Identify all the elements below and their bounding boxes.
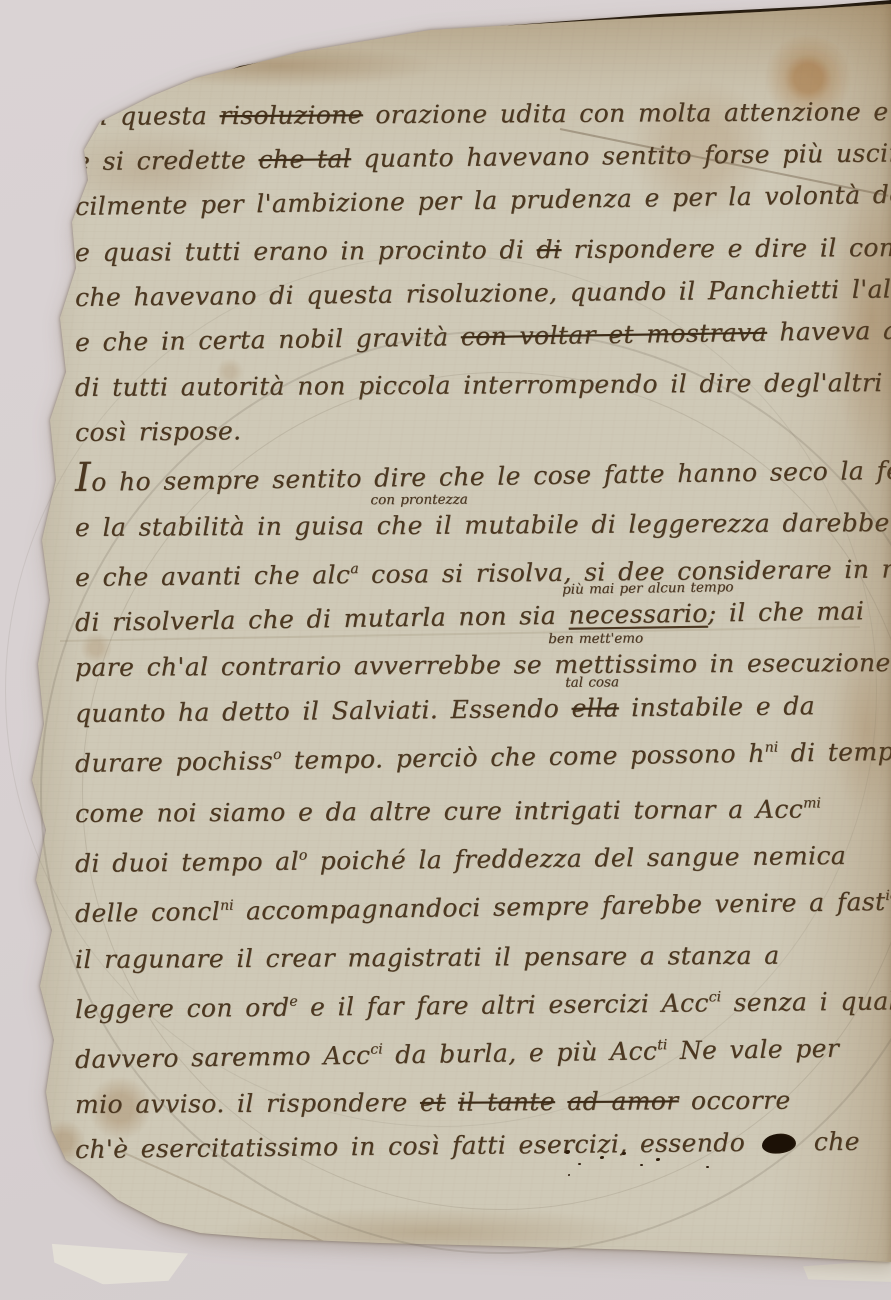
text-segment: mio avviso. il rispondere: [75, 1088, 420, 1119]
text-segment: ni: [220, 898, 234, 914]
text-segment: [555, 1087, 568, 1116]
manuscript-text: In questa risoluzione orazione udita con…: [75, 90, 881, 1173]
text-segment: et: [420, 1088, 446, 1117]
text-segment: e si credette: [75, 145, 259, 176]
text-segment: n questa: [91, 101, 219, 131]
paper-wrap: 4 In questa risoluzione orazione udita c…: [0, 0, 891, 1300]
text-segment: che: [801, 1127, 860, 1157]
text-segment: risoluzione: [219, 100, 363, 130]
text-segment: con voltar et mostrava: [461, 318, 768, 352]
ink-blot: [762, 1134, 796, 1154]
text-segment: e la stabilità in guisa: [75, 511, 377, 542]
text-segment: pare ch'al contrario avverrebbe se: [75, 651, 555, 683]
manuscript-line: ch'è esercitatissimo in così fatti eserc…: [75, 1119, 881, 1173]
folio-number: 4: [83, 63, 104, 98]
text-segment: da burla, e più Acc: [383, 1036, 658, 1069]
ink-speck: [706, 1166, 709, 1168]
text-segment: rispondere e dire il contrario: [561, 232, 891, 263]
text-segment: il tante: [458, 1087, 555, 1117]
text-segment: che havevano di questa risoluzione, quan…: [75, 274, 891, 312]
text-segment: cilmente per l'ambizione per la prudenza…: [75, 178, 891, 221]
text-segment: quanto ha detto il Salviati. Essendo: [75, 693, 572, 727]
manuscript-line: davvero saremmo Accci da burla, e più Ac…: [75, 1020, 882, 1082]
text-segment: accompagnandoci sempre farebbe venire a …: [233, 887, 885, 926]
text-segment: di tempo: [778, 736, 891, 767]
text-segment: quanto havevano sentito forse più uscire…: [351, 138, 891, 173]
text-segment: e: [289, 994, 297, 1010]
text-segment: instabile e da: [619, 691, 816, 722]
manuscript-page: 4 In questa risoluzione orazione udita c…: [0, 0, 891, 1300]
text-segment: delle concl: [75, 897, 221, 928]
text-segment: ad amor: [567, 1087, 678, 1117]
text-segment: e quasi tutti erano in procinto di: [75, 235, 537, 267]
text-segment: come noi siamo e da altre cure intrigati…: [75, 795, 803, 828]
text-segment: che tal: [258, 144, 351, 174]
text-segment: di duoi tempo al: [75, 847, 299, 878]
text-segment: o ho sempre sentito dire che le cose fat…: [91, 454, 891, 496]
manuscript-line: durare pochisso tempo. perciò che come p…: [75, 724, 882, 786]
text-segment: e che avanti che alc: [75, 560, 351, 592]
text-segment: ci: [709, 989, 721, 1005]
text-segment: così rispose.: [75, 417, 242, 448]
text-segment: di risolverla che di mutarla non sia: [75, 601, 569, 637]
text-segment: senza i quali: [721, 986, 891, 1017]
text-segment: orazione udita con molta attenzione e al…: [363, 96, 891, 129]
text-segment: I: [75, 454, 92, 500]
text-segment: di tutti autorità non piccola interrompe…: [75, 368, 883, 402]
ink-speck: [568, 1174, 570, 1176]
text-segment: I: [75, 89, 91, 135]
text-segment: io: [885, 888, 891, 904]
text-segment: poiché la freddezza del sangue nemica: [307, 841, 846, 876]
text-segment: e il far fare altri esercizi Acc: [298, 988, 709, 1021]
text-segment: ni: [765, 739, 779, 755]
text-segment: tempo. perciò che come possono h: [281, 739, 765, 775]
text-segment: di: [536, 235, 561, 264]
text-segment: Ne vale per: [667, 1034, 839, 1066]
text-segment: mi: [803, 795, 821, 811]
text-segment: ci: [370, 1041, 383, 1057]
text-segment: durare pochiss: [75, 746, 273, 778]
text-segment: occorre: [679, 1086, 791, 1116]
text-segment: [446, 1088, 459, 1117]
text-segment: davvero saremmo Acc: [75, 1041, 371, 1074]
text-segment: o: [273, 747, 282, 763]
manuscript-scan: 4 In questa risoluzione orazione udita c…: [0, 0, 891, 1300]
text-segment: leggere con ord: [75, 993, 290, 1024]
ink-speck: [578, 1163, 581, 1165]
text-segment: haveva appresso: [767, 314, 891, 346]
text-segment: e che in certa nobil gravità: [75, 322, 461, 357]
ink-speck: [640, 1164, 643, 1166]
text-segment: a: [350, 561, 359, 577]
text-segment: il ragunare il crear magistrati il pensa…: [75, 940, 780, 973]
manuscript-line: delle conclni accompagnandoci sempre far…: [75, 874, 882, 936]
